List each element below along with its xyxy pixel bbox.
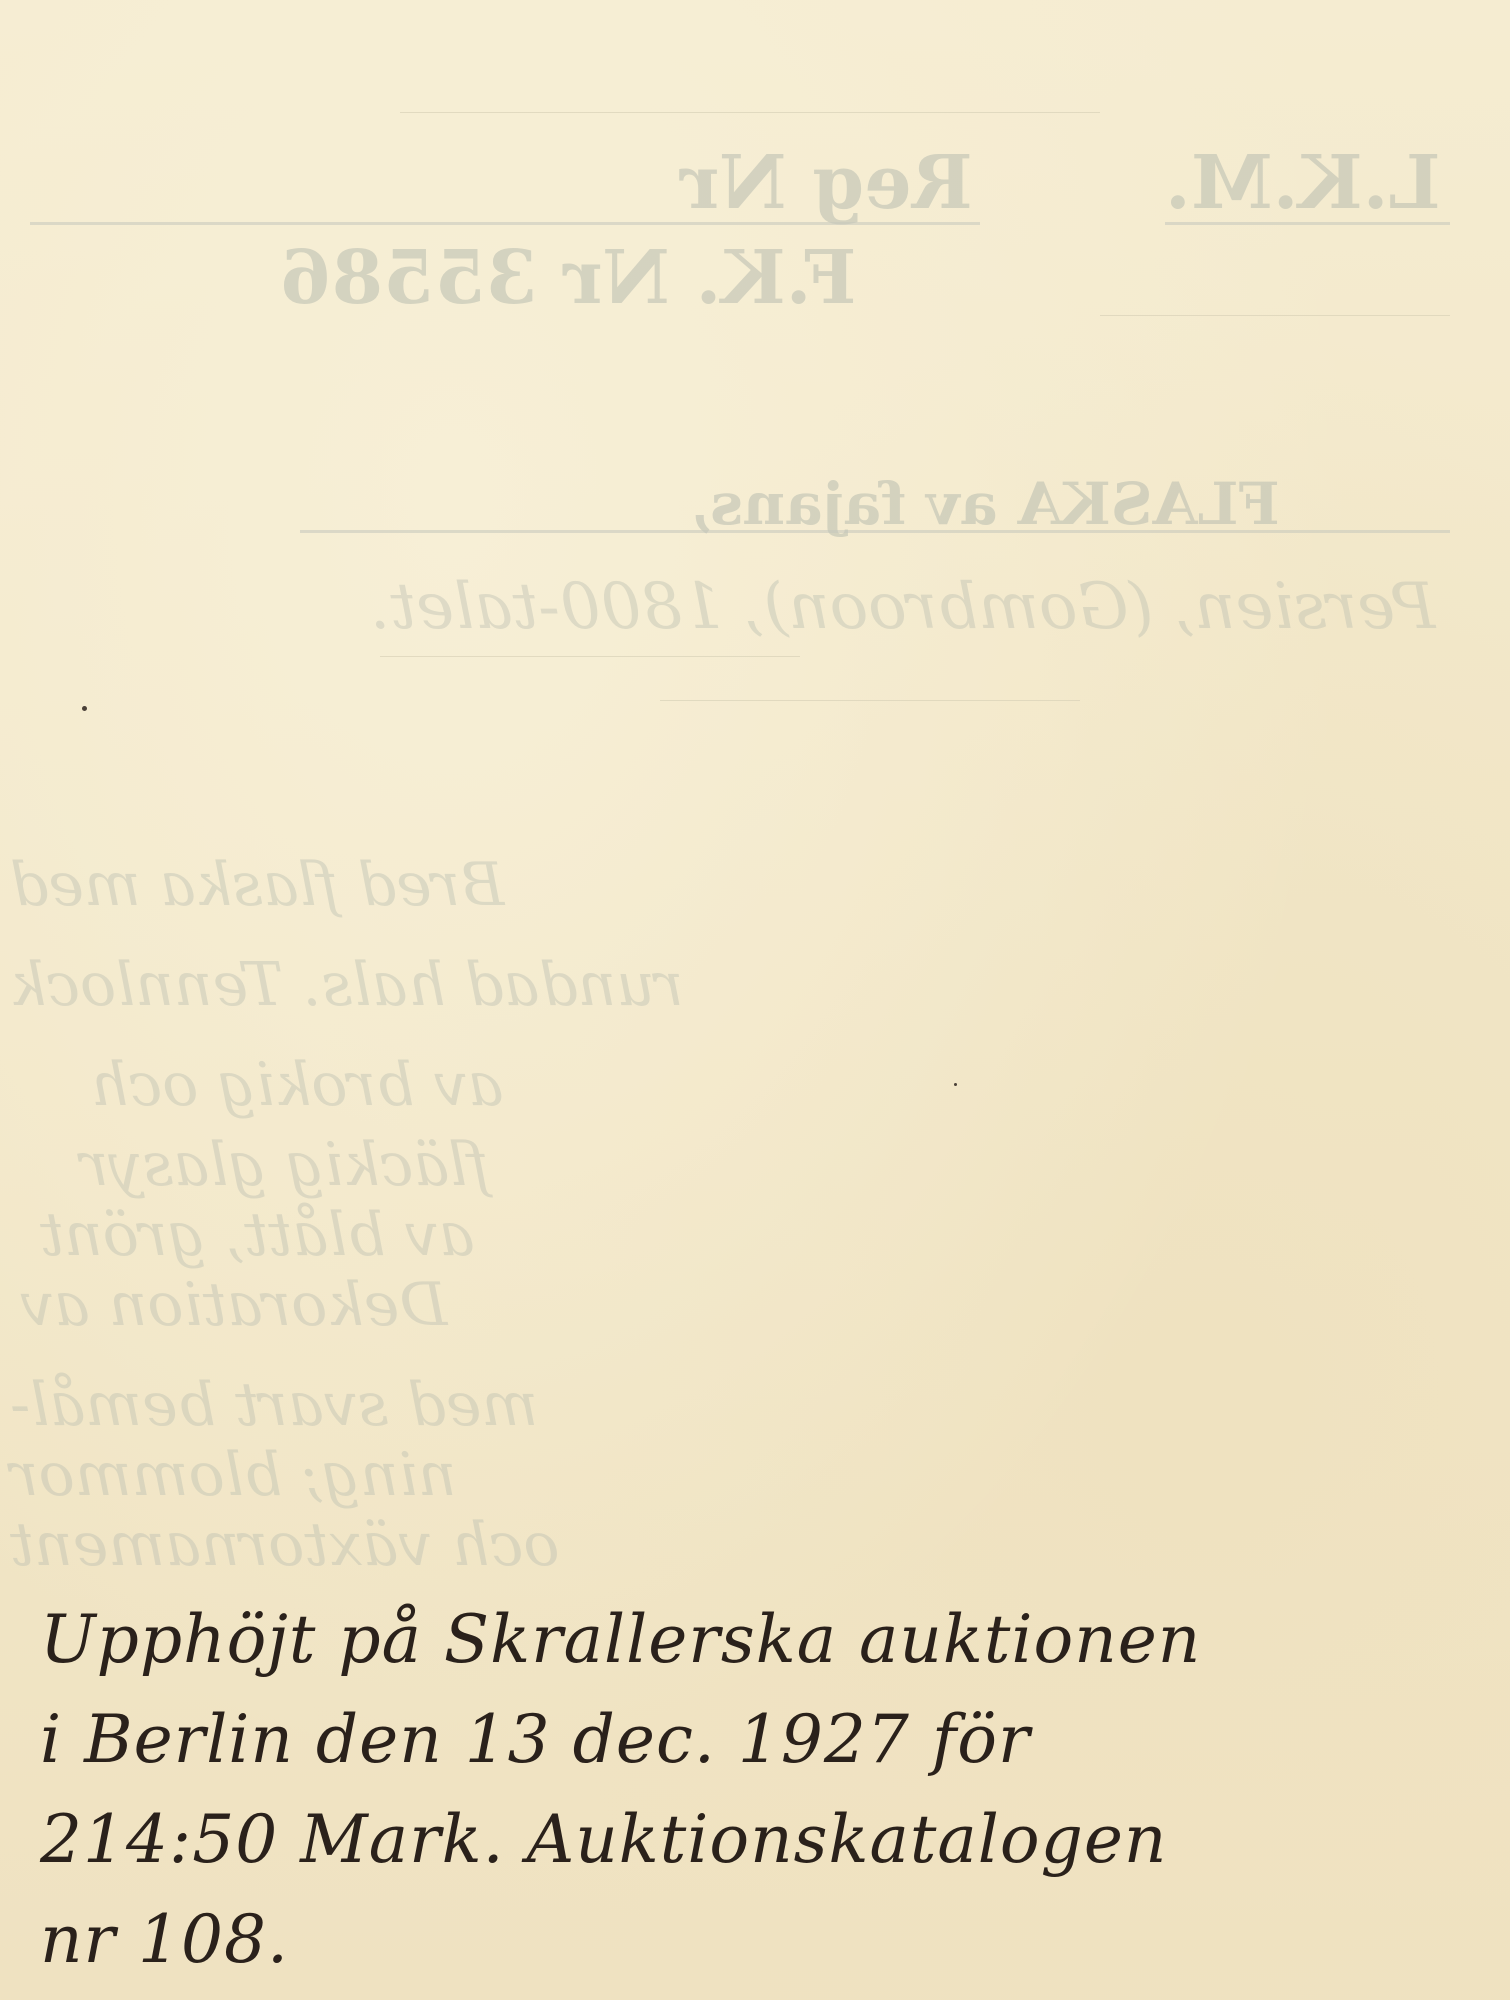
bleed-desc-4: av blått, grönt: [40, 1200, 474, 1270]
bleed-desc-2: av brokig och: [90, 1050, 503, 1120]
document-page: L.K.M. Reg Nr F.K. Nr 35586 FLASKA av fa…: [0, 0, 1510, 2000]
paper-speck: [954, 1083, 957, 1086]
bleed-desc-6: med svart bemål-: [10, 1370, 538, 1440]
paper-line: [380, 656, 800, 657]
paper-line: [1100, 315, 1450, 316]
bleed-desc-7: ning; blommor: [10, 1440, 456, 1510]
bleed-desc-8: och växtornament: [10, 1510, 559, 1580]
paper-speck: [82, 706, 87, 711]
bleed-desc-3: fläckig glasyr: [80, 1130, 489, 1200]
bleed-reg-nr: Reg Nr: [680, 140, 973, 226]
bleed-object-title: FLASKA av fajans,: [690, 470, 1280, 538]
bleed-rule-title: [300, 530, 1450, 533]
bleed-desc-1: rundad hals. Tennlock: [10, 950, 684, 1020]
paper-line: [660, 700, 1080, 701]
bleed-desc-0: Bred flaska med: [10, 850, 504, 920]
handwritten-note: Upphöjt på Skrallerska auktionen i Berli…: [40, 1590, 1460, 1990]
note-line-1: Upphöjt på Skrallerska auktionen: [40, 1590, 1460, 1690]
note-line-2: i Berlin den 13 dec. 1927 för: [40, 1690, 1460, 1790]
bleed-object-origin: Persien, (Gombroon), 1800-talet.: [370, 570, 1435, 644]
bleed-fk-number: F.K. Nr 35586: [280, 235, 857, 321]
bleed-desc-5: Dekoration av: [20, 1270, 447, 1340]
note-line-3: 214:50 Mark. Auktionskatalogen: [40, 1790, 1460, 1890]
paper-line: [400, 112, 1100, 113]
bleed-rule-header: [30, 222, 980, 225]
bleed-lkm: L.K.M.: [1165, 140, 1441, 226]
bleed-rule-header-right: [1165, 222, 1450, 225]
note-line-4: nr 108.: [40, 1890, 1460, 1990]
